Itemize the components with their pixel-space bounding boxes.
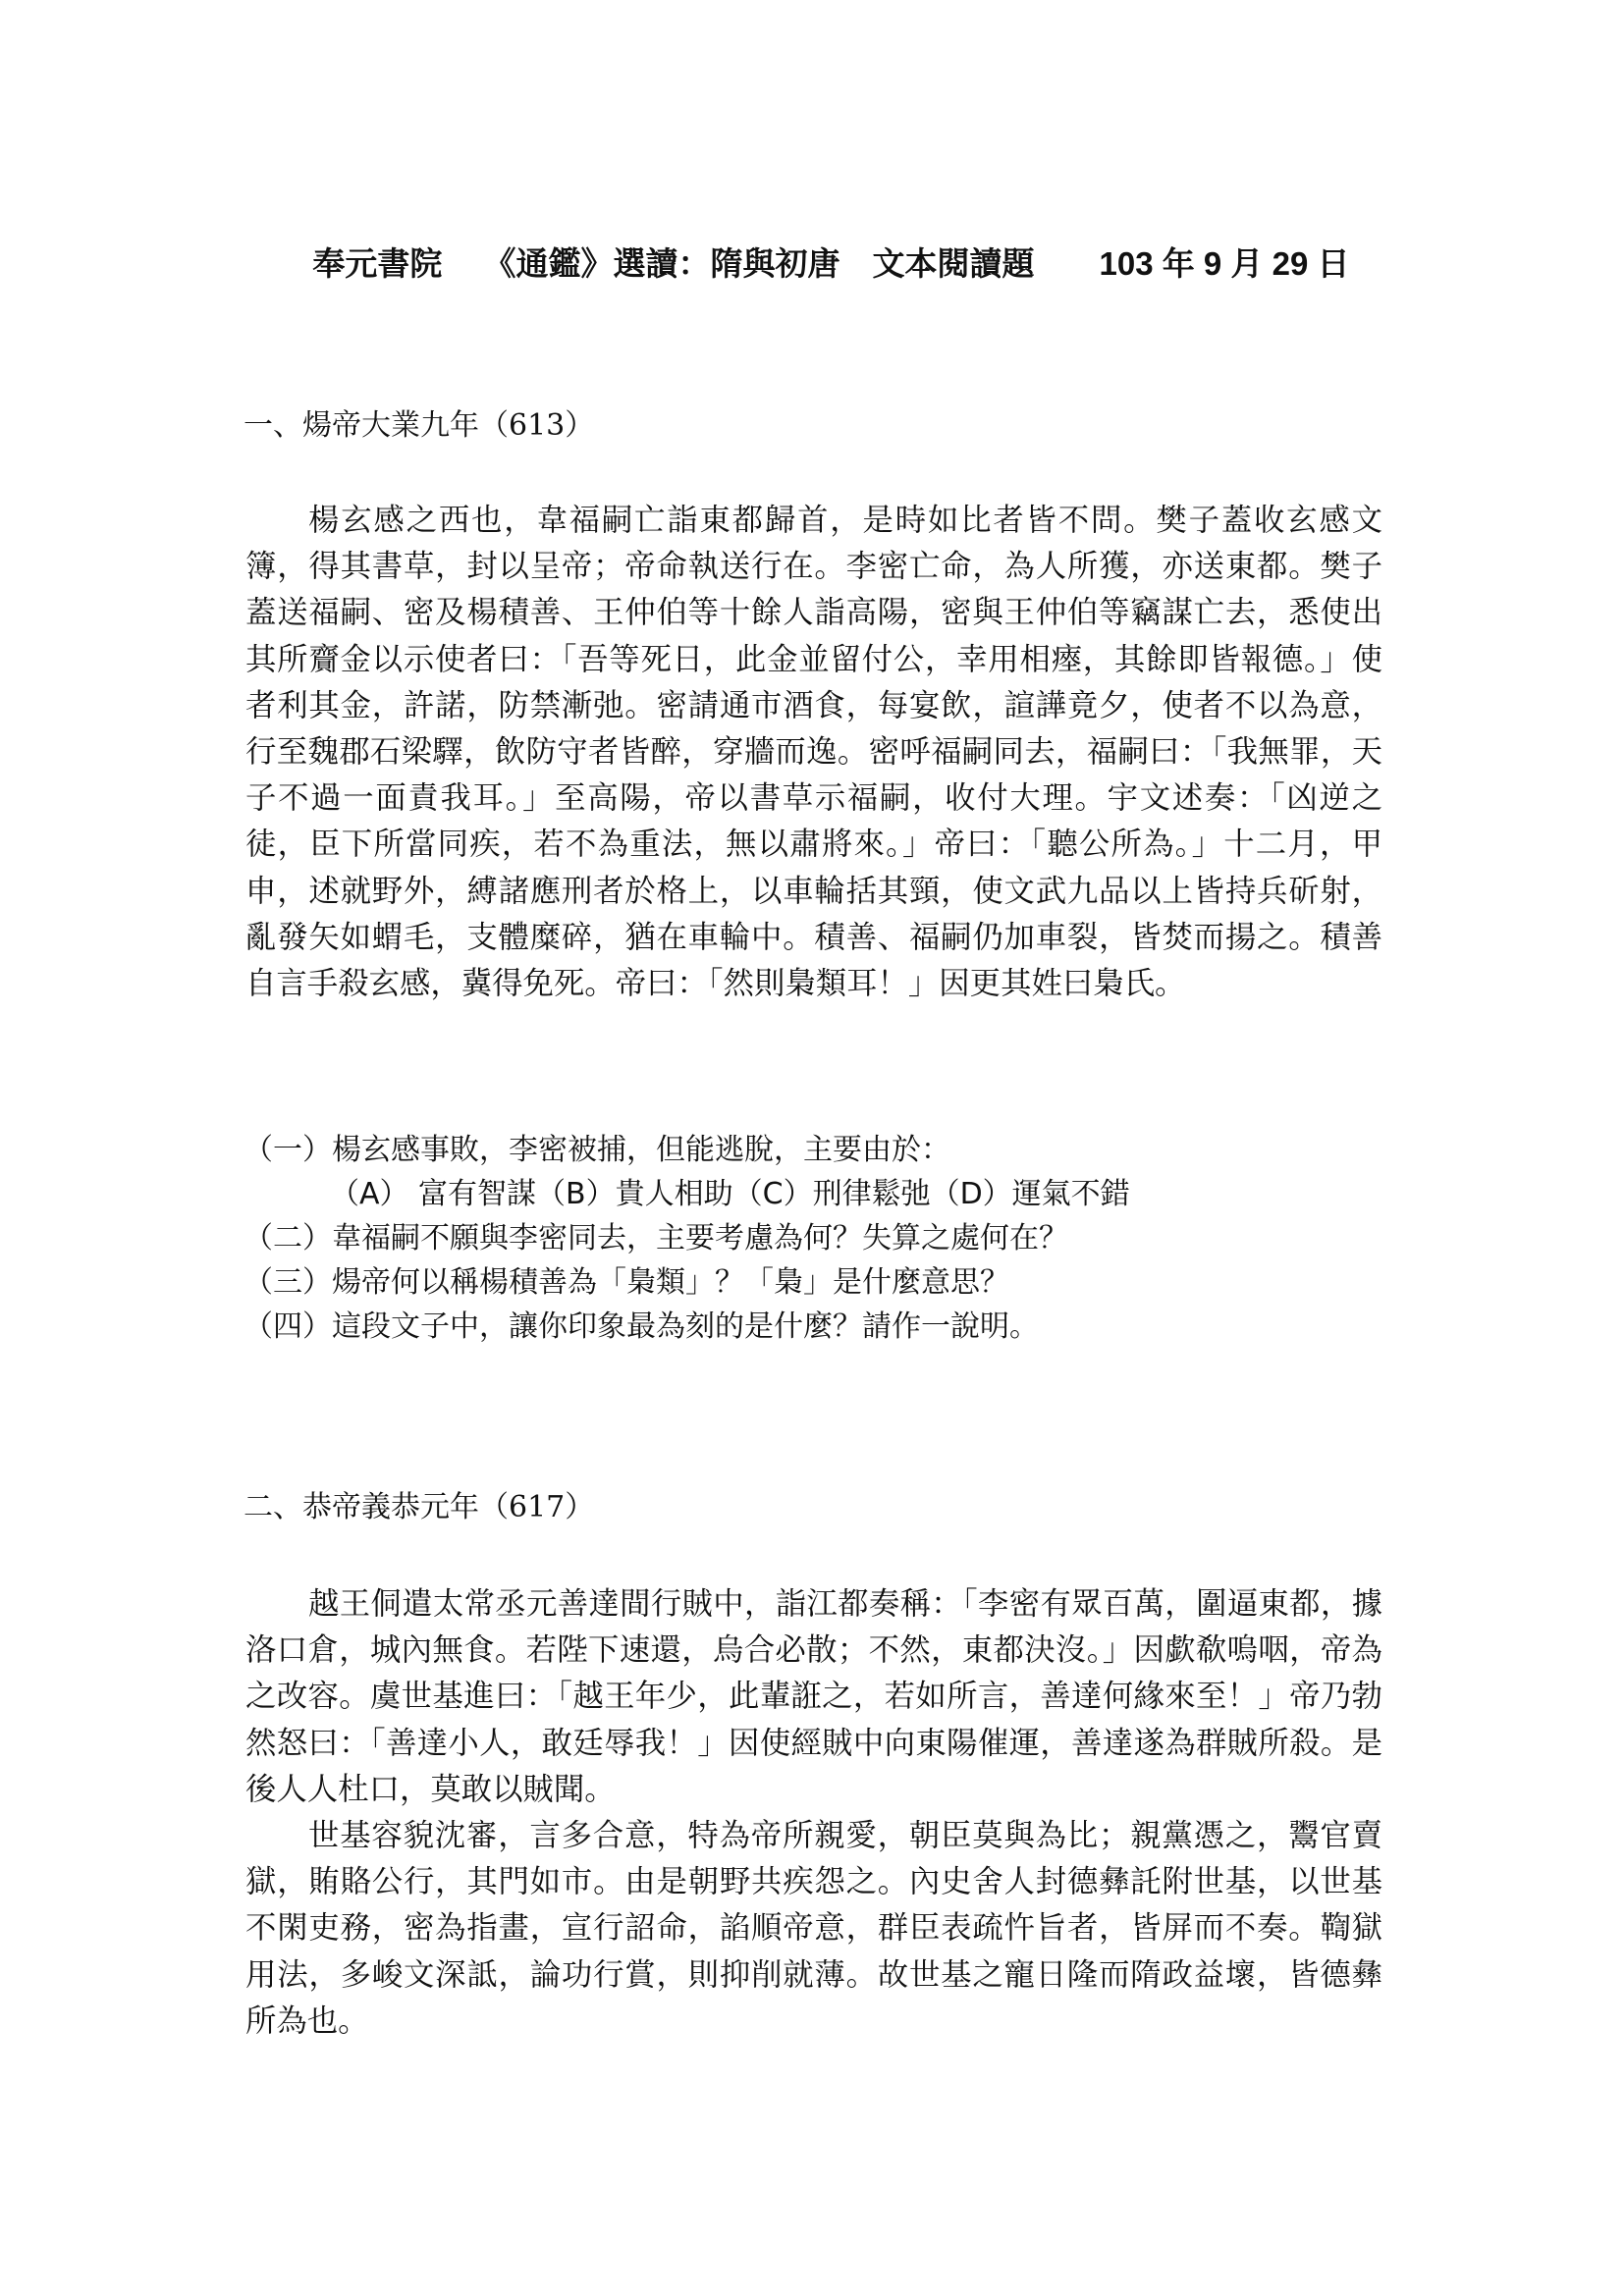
school-name: 奉元書院 <box>312 245 442 282</box>
section-1-paragraph: 楊玄感之西也，韋福嗣亡詣東都歸首，是時如比者皆不問。樊子蓋收玄感文簿，得其書草，… <box>245 498 1382 1007</box>
section-1-questions: （一）楊玄感事敗，李密被捕，但能逃脫，主要由於： （A） 富有智謀（B）貴人相助… <box>244 1128 1382 1349</box>
doc-date: 103 年 9 月 29 日 <box>1100 245 1350 282</box>
section-1-heading: 一、煬帝大業九年（613） <box>244 400 1127 444</box>
question-2: （二）韋福嗣不願與李密同去，主要考慮為何？失算之處何在？ <box>244 1216 1382 1260</box>
section-2-heading: 二、恭帝義恭元年（617） <box>244 1482 1127 1525</box>
question-4: （四）這段文子中，讓你印象最為刻的是什麼？請作一說明。 <box>244 1305 1382 1349</box>
course-name: 《通鑑》選讀：隋與初唐 <box>484 245 840 282</box>
question-3: （三）煬帝何以稱楊積善為「梟類」？「梟」是什麼意思？ <box>244 1260 1382 1305</box>
doc-type: 文本閱讀題 <box>873 245 1035 282</box>
section-2-paragraph-1: 越王侗遣太常丞元善達間行賊中，詣江都奏稱：「李密有眾百萬，圍逼東都，據洛口倉，城… <box>245 1581 1382 1813</box>
document-title: 奉元書院 《通鑑》選讀：隋與初唐 文本閱讀題 103 年 9 月 29 日 <box>295 201 1375 285</box>
section-2-paragraph-2: 世基容貌沈審，言多合意，特為帝所親愛，朝臣莫與為比；親黨憑之，鬻官賣獄，賄賂公行… <box>245 1813 1382 2045</box>
question-1: （一）楊玄感事敗，李密被捕，但能逃脫，主要由於： <box>244 1128 1382 1172</box>
question-1-options: （A） 富有智謀（B）貴人相助（C）刑律鬆弛（D）運氣不錯 <box>244 1172 1382 1216</box>
